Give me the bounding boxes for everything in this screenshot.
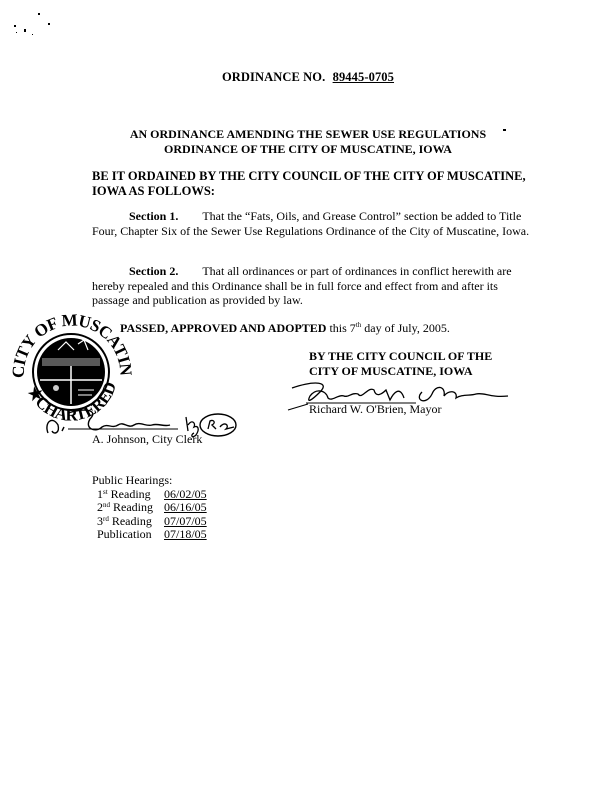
ordinance-number: 89445-0705: [333, 70, 394, 84]
heading-line-2: ORDINANCE OF THE CITY OF MUSCATINE, IOWA: [0, 142, 616, 157]
passed-statement: PASSED, APPROVED AND ADOPTED this 7th da…: [120, 321, 450, 336]
hearing-label: 3rd Reading: [92, 515, 163, 529]
hearing-row: 3rd Reading 07/07/05: [92, 515, 207, 529]
enacting-clause: BE IT ORDAINED BY THE CITY COUNCIL OF TH…: [92, 169, 532, 199]
scan-specks: [10, 10, 70, 40]
passed-bold: PASSED, APPROVED AND ADOPTED: [120, 321, 326, 335]
council-line-1: BY THE CITY COUNCIL OF THE: [309, 349, 492, 364]
section-1: Section 1.That the “Fats, Oils, and Grea…: [92, 209, 532, 238]
hearing-label: Publication: [92, 528, 163, 542]
hearing-date: 07/18/05: [164, 528, 207, 542]
section-2: Section 2.That all ordinances or part of…: [92, 264, 532, 308]
public-hearings-heading: Public Hearings:: [92, 474, 207, 488]
clerk-name: A. Johnson, City Clerk: [92, 432, 202, 447]
passed-day: this 7: [329, 321, 355, 335]
hearing-row: Publication 07/18/05: [92, 528, 207, 542]
hearing-date: 06/16/05: [164, 501, 207, 515]
heading-line-1: AN ORDINANCE AMENDING THE SEWER USE REGU…: [0, 127, 616, 142]
hearing-date: 06/02/05: [164, 488, 207, 502]
hearing-date: 07/07/05: [164, 515, 207, 529]
section-2-label: Section 2.: [129, 264, 178, 278]
passed-date: day of July, 2005.: [361, 321, 450, 335]
council-attestation: BY THE CITY COUNCIL OF THE CITY OF MUSCA…: [309, 349, 492, 378]
hearing-label: 1st Reading: [92, 488, 163, 502]
ordinance-title: ORDINANCE NO. 89445-0705: [0, 70, 616, 85]
hearing-label: 2nd Reading: [92, 501, 163, 515]
hearing-row: 2nd Reading 06/16/05: [92, 501, 207, 515]
mayor-name: Richard W. O'Brien, Mayor: [309, 402, 441, 417]
public-hearings: Public Hearings: 1st Reading 06/02/05 2n…: [92, 474, 207, 542]
ordinance-heading: AN ORDINANCE AMENDING THE SEWER USE REGU…: [0, 127, 616, 157]
section-1-label: Section 1.: [129, 209, 178, 223]
hearing-row: 1st Reading 06/02/05: [92, 488, 207, 502]
title-prefix: ORDINANCE NO.: [222, 70, 325, 84]
